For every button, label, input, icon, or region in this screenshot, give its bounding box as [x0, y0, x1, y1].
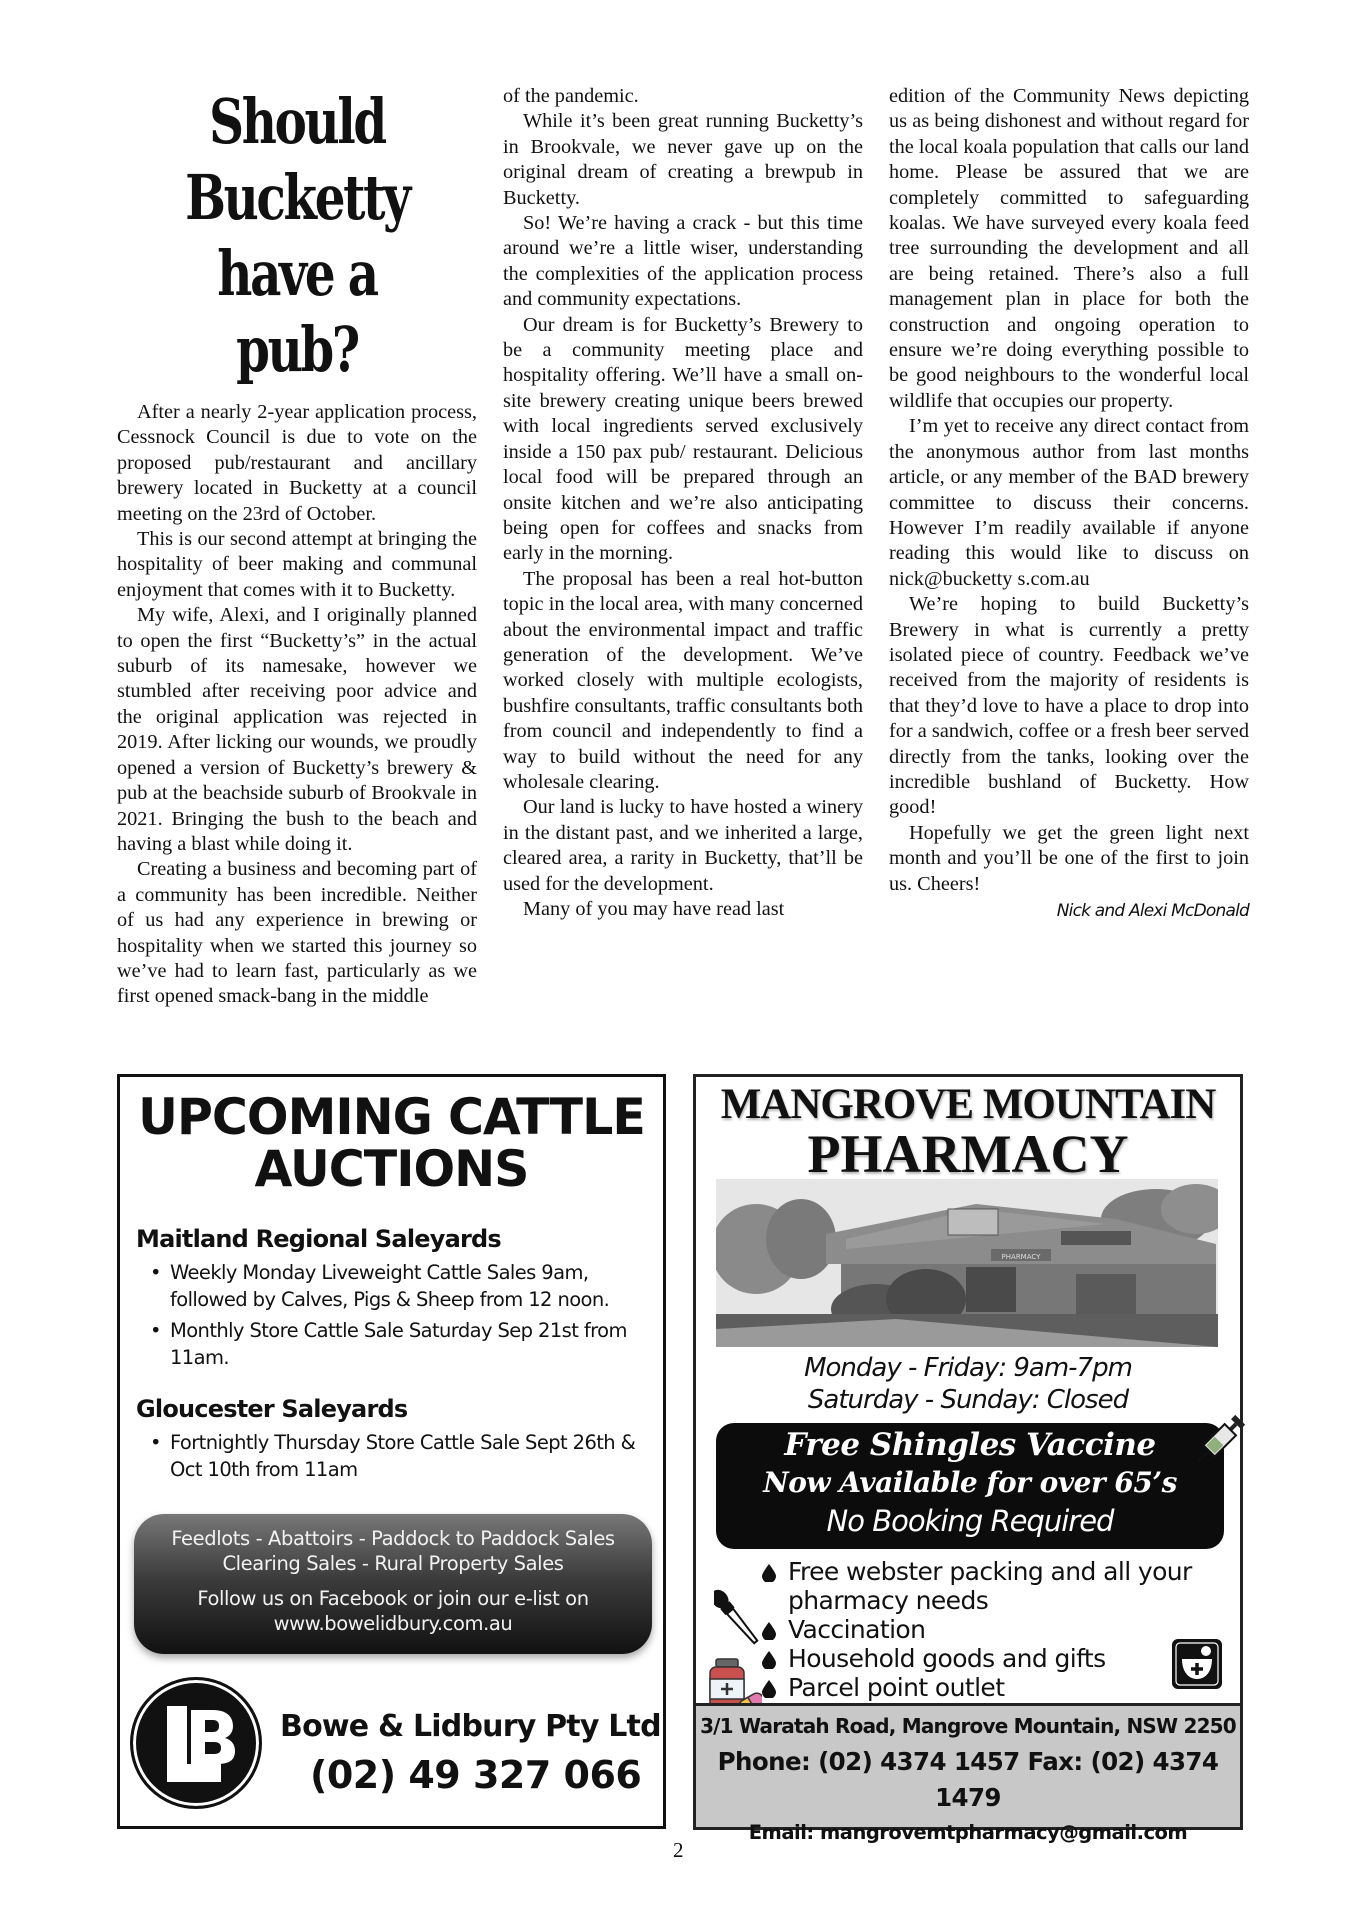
service-item: Household goods and gifts: [762, 1644, 1240, 1673]
service-label: Free webster packing and all your pharma…: [788, 1557, 1192, 1615]
company-name: Bowe & Lidbury Pty Ltd: [280, 1709, 661, 1744]
article-paragraph: This is our second attempt at bringing t…: [117, 527, 477, 603]
saleyard-name: Gloucester Saleyards: [136, 1395, 663, 1423]
headline-line: Should: [157, 84, 438, 160]
service-label: Household goods and gifts: [788, 1644, 1106, 1673]
banner-services-line: Clearing Sales - Rural Property Sales: [134, 1551, 652, 1576]
article-paragraph: The proposal has been a real hot-button …: [503, 567, 863, 796]
saleyard-sales-list: Weekly Monday Liveweight Cattle Sales 9a…: [148, 1259, 663, 1371]
article-paragraph: While it’s been great running Bucketty’s…: [503, 109, 863, 211]
banner-follow-line: Follow us on Facebook or join our e-list…: [134, 1586, 652, 1611]
article-paragraph: Our land is lucky to have hosted a winer…: [503, 795, 863, 897]
shingles-line: No Booking Required: [716, 1501, 1224, 1541]
article-paragraph: Many of you may have read last: [503, 897, 863, 922]
dropper-icon: [714, 1582, 764, 1662]
cattle-title-line: UPCOMING CATTLE: [125, 1091, 657, 1143]
shingles-line: Now Available for over 65’s: [716, 1465, 1224, 1501]
company-phone[interactable]: (02) 49 327 066: [310, 1753, 641, 1797]
cattle-title-line: AUCTIONS: [125, 1143, 657, 1195]
service-item: Vaccination: [762, 1615, 1240, 1644]
article-column-3: edition of the Community News depicting …: [889, 84, 1249, 924]
headline-line: Bucketty: [157, 160, 438, 236]
sale-item: Monthly Store Cattle Sale Saturday Sep 2…: [148, 1317, 663, 1371]
article-paragraph: of the pandemic.: [503, 84, 863, 109]
sale-item: Fortnightly Thursday Store Cattle Sale S…: [148, 1429, 663, 1483]
pharmacy-title-line: MANGROVE MOUNTAIN: [696, 1083, 1240, 1127]
article-paragraph: I’m yet to receive any direct contact fr…: [889, 414, 1249, 592]
cattle-ad-title: UPCOMING CATTLE AUCTIONS: [125, 1091, 657, 1195]
shingles-vaccine-banner: Free Shingles Vaccine Now Available for …: [716, 1423, 1224, 1549]
pharmacy-email[interactable]: Email: mangrovemtpharmacy@gmail.com: [696, 1816, 1240, 1850]
pharmacy-address: 3/1 Waratah Road, Mangrove Mountain, NSW…: [696, 1708, 1240, 1744]
article-paragraph: Hopefully we get the green light next mo…: [889, 821, 1249, 897]
article-paragraph: We’re hoping to build Bucketty’s Brewery…: [889, 592, 1249, 821]
hours-weekend: Saturday - Sunday: Closed: [696, 1385, 1240, 1415]
hours-weekday: Monday - Friday: 9am-7pm: [696, 1353, 1240, 1383]
pharmacy-title-line: PHARMACY: [696, 1127, 1240, 1181]
article: Should Bucketty have a pub? After a near…: [117, 84, 1249, 1024]
services-banner: Feedlots - Abattoirs - Paddock to Paddoc…: [134, 1514, 652, 1654]
service-item: Free webster packing and all your pharma…: [762, 1557, 1240, 1615]
drop-bullet-icon: [762, 1622, 776, 1640]
article-paragraph: After a nearly 2-year application proces…: [117, 400, 477, 527]
service-label: Vaccination: [788, 1615, 925, 1644]
article-paragraph: So! We’re having a crack - but this time…: [503, 211, 863, 313]
page-number: 2: [673, 1838, 684, 1863]
pharmacy-ad: MANGROVE MOUNTAIN PHARMACY PHARMACY: [693, 1074, 1243, 1830]
cattle-auctions-ad: UPCOMING CATTLE AUCTIONS Maitland Region…: [117, 1074, 666, 1829]
saleyard-sales-list: Fortnightly Thursday Store Cattle Sale S…: [148, 1429, 663, 1483]
pharmacy-services-list: Free webster packing and all your pharma…: [762, 1557, 1240, 1702]
drop-bullet-icon: [762, 1651, 776, 1669]
article-paragraph: Our dream is for Bucketty’s Brewery to b…: [503, 313, 863, 567]
article-headline: Should Bucketty have a pub?: [157, 84, 438, 388]
banner-services-line: Feedlots - Abattoirs - Paddock to Paddoc…: [134, 1526, 652, 1551]
pharmacy-phone-fax[interactable]: Phone: (02) 4374 1457 Fax: (02) 4374 147…: [696, 1744, 1240, 1816]
article-signature: Nick and Alexi McDonald: [889, 899, 1249, 924]
article-paragraph: Creating a business and becoming part of…: [117, 857, 477, 1009]
article-paragraph: edition of the Community News depicting …: [889, 84, 1249, 414]
article-column-1: Should Bucketty have a pub? After a near…: [117, 84, 477, 1010]
syringe-icon: [1192, 1411, 1246, 1471]
drop-bullet-icon: [762, 1680, 776, 1698]
shingles-line: Free Shingles Vaccine: [716, 1425, 1224, 1465]
pharmacy-contact-footer: 3/1 Waratah Road, Mangrove Mountain, NSW…: [696, 1703, 1240, 1827]
service-label: Parcel point outlet: [788, 1673, 1004, 1702]
lb-logo-icon: [130, 1677, 262, 1809]
article-paragraph: My wife, Alexi, and I originally planned…: [117, 603, 477, 857]
drop-bullet-icon: [762, 1564, 776, 1582]
pharmacy-building-photo: PHARMACY: [716, 1179, 1218, 1347]
saleyard-name: Maitland Regional Saleyards: [136, 1225, 663, 1253]
service-item: Parcel point outlet: [762, 1673, 1240, 1702]
article-column-2: of the pandemic. While it’s been great r…: [503, 84, 863, 922]
website-link[interactable]: www.bowelidbury.com.au: [134, 1611, 652, 1636]
mortar-pestle-icon: [1170, 1637, 1224, 1691]
svg-text:PHARMACY: PHARMACY: [1002, 1253, 1042, 1261]
sale-item: Weekly Monday Liveweight Cattle Sales 9a…: [148, 1259, 663, 1313]
headline-line: have a pub?: [157, 236, 438, 388]
